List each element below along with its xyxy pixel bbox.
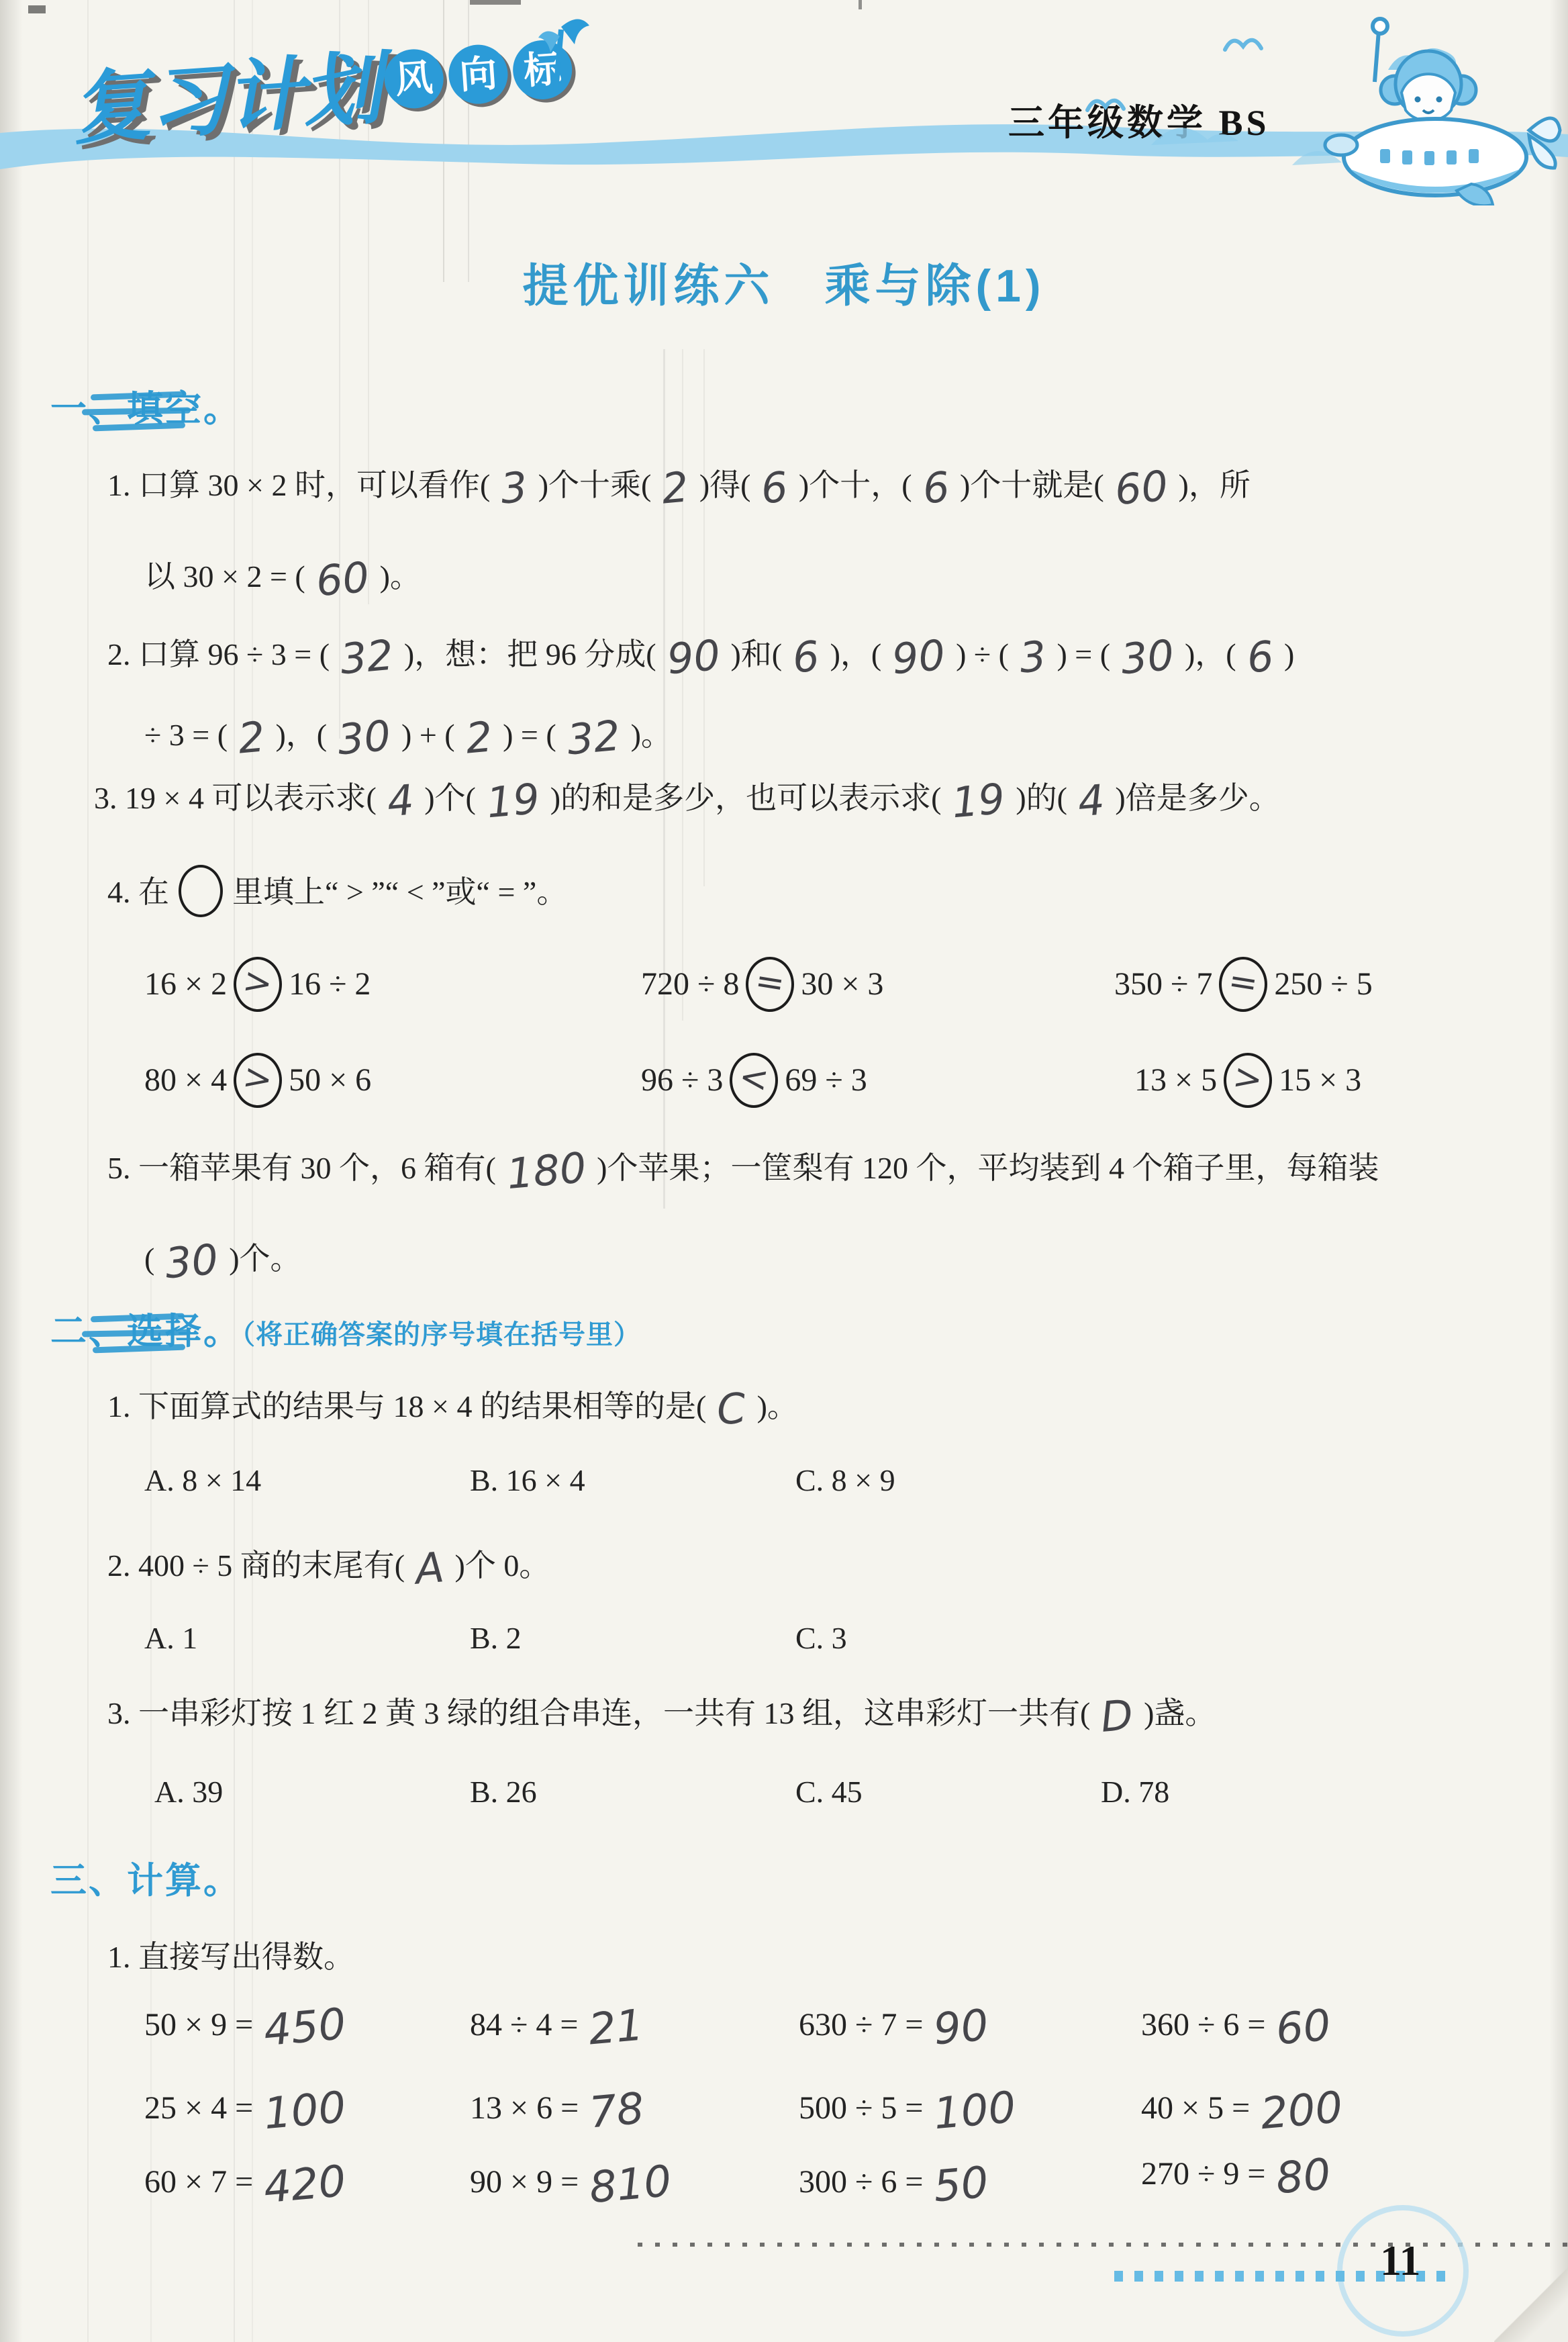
text-segment: 16 × 2	[144, 966, 227, 1002]
calc-item: 13 × 6 =78	[470, 2090, 655, 2126]
calc-item: 25 × 4 =100	[144, 2090, 356, 2126]
handwritten-answer: 6	[782, 655, 830, 659]
handwritten-answer: 2	[455, 736, 503, 740]
text-segment: 69 ÷ 3	[785, 1062, 867, 1098]
text-segment: )	[1284, 637, 1294, 671]
q5-line-1: 5. 一箱苹果有 30 个，6 箱有(180)个苹果；一筐梨有 120 个，平均…	[107, 1143, 1379, 1188]
handwritten-answer: 180	[496, 1166, 597, 1175]
text-segment: ) = (	[1057, 637, 1110, 671]
logo-text: 复习计划	[67, 24, 383, 160]
text-segment: )倍是多少。	[1115, 781, 1279, 815]
handwritten-answer: 420	[253, 2180, 356, 2189]
text-segment: 30 × 3	[801, 966, 883, 1002]
comparison-item: 80 × 4>50 × 6	[144, 1053, 371, 1108]
comparison-item: 350 ÷ 7=250 ÷ 5	[1114, 957, 1373, 1012]
mc2-option-b: B. 2	[470, 1620, 522, 1656]
logo-badge: 向	[446, 43, 509, 106]
handwritten-answer: 60	[1266, 2024, 1342, 2031]
scan-edge-shadow	[1549, 0, 1568, 2342]
text-segment: 2. 400 ÷ 5 商的末尾有(	[107, 1548, 405, 1583]
text-segment: 5. 一箱苹果有 30 个，6 箱有(	[107, 1151, 496, 1185]
mc1-option-c: C. 8 × 9	[795, 1462, 895, 1498]
text-segment: 16 ÷ 2	[289, 966, 371, 1002]
q5-line-2: (30)个。	[144, 1234, 301, 1278]
handwritten-symbol: >	[1230, 1059, 1265, 1098]
handwritten-answer: 100	[253, 2106, 356, 2115]
calc-item: 360 ÷ 6 =60	[1141, 2006, 1342, 2043]
girl-in-plane	[1325, 19, 1560, 205]
scan-mark	[470, 0, 521, 5]
logo-badge: 风	[383, 47, 446, 110]
text-segment: 96 ÷ 3	[641, 1062, 723, 1098]
expression: 500 ÷ 5 =	[799, 2090, 923, 2126]
text-segment: 4. 在	[107, 875, 169, 909]
calc-item: 84 ÷ 4 =21	[470, 2006, 654, 2043]
handwritten-answer: 6	[751, 486, 799, 490]
calc-item: 270 ÷ 9 =80	[1141, 2155, 1342, 2192]
text-segment: )个 0。	[455, 1548, 550, 1583]
section-3-heading: 三、计算。	[50, 1852, 242, 1904]
q2-line-2: ÷ 3 = (2)，(30) + (2) = (32)。	[144, 710, 672, 755]
text-segment: 3. 一串彩灯按 1 红 2 黄 3 绿的组合串连，一共有 13 组，这串彩灯一…	[107, 1696, 1090, 1730]
handwritten-answer: 32	[556, 735, 630, 741]
handwritten-answer: 90	[881, 654, 955, 661]
handwritten-answer: A	[405, 1566, 454, 1571]
handwritten-answer: 60	[305, 576, 379, 583]
plane-girl-illustration	[1067, 4, 1564, 205]
calc-subtitle: 1. 直接写出得数。	[107, 1932, 354, 1977]
handwritten-symbol: >	[240, 963, 275, 1002]
expression: 50 × 9 =	[144, 2007, 253, 2043]
handwritten-answer: 78	[579, 2108, 654, 2114]
bird-icon	[1087, 101, 1124, 110]
handwritten-answer: 32	[330, 654, 403, 661]
q2-line-1: 2. 口算 96 ÷ 3 = (32)，想：把 96 分成(90)和(6)，(9…	[107, 630, 1294, 674]
text-segment: )，(	[830, 637, 882, 671]
handwritten-answer: 4	[377, 799, 424, 803]
text-segment: 1. 口算 30 × 2 时，可以看作(	[107, 468, 490, 502]
scan-mark	[28, 5, 46, 13]
text-segment: (	[144, 1242, 154, 1276]
text-segment: 2. 口算 96 ÷ 3 = (	[107, 637, 330, 671]
handwritten-answer: 50	[924, 2182, 999, 2188]
mc3-option-d: D. 78	[1101, 1774, 1169, 1810]
text-segment: )，(	[1185, 637, 1236, 671]
text-segment: )。	[380, 559, 421, 594]
mc1-stem: 1. 下面算式的结果与 18 × 4 的结果相等的是(C)。	[107, 1382, 798, 1426]
handwritten-answer: 90	[924, 2024, 999, 2031]
text-segment: )盏。	[1144, 1696, 1216, 1730]
scan-mark	[859, 0, 862, 9]
handwritten-answer: 21	[579, 2024, 654, 2031]
handwritten-answer: 3	[1009, 655, 1057, 659]
handwritten-answer: 60	[1104, 485, 1178, 491]
handwritten-symbol: =	[753, 963, 787, 1002]
text-segment: )的和是多少，也可以表示求(	[550, 781, 942, 815]
text-segment: 250 ÷ 5	[1274, 966, 1372, 1002]
paper-crease	[87, 0, 89, 2342]
q1-line-1: 1. 口算 30 × 2 时，可以看作(3)个十乘(2)得(6)个十，(6)个十…	[107, 461, 1251, 505]
answer-circle: >	[234, 957, 282, 1012]
text-segment: 3. 19 × 4 可以表示求(	[94, 781, 377, 815]
handwritten-symbol: >	[240, 1059, 275, 1098]
handwritten-answer: 30	[1110, 654, 1184, 661]
text-segment: 以 30 × 2 = (	[144, 559, 305, 594]
handwritten-answer: 810	[579, 2180, 682, 2189]
handwritten-symbol: <	[737, 1059, 771, 1098]
section-2-heading-note: （将正确答案的序号填在括号里）	[242, 1320, 641, 1350]
handwritten-answer: 4	[1067, 799, 1115, 803]
answer-circle: >	[1224, 1053, 1272, 1108]
expression: 13 × 6 =	[470, 2090, 579, 2126]
text-segment: 720 ÷ 8	[641, 966, 739, 1002]
expression: 60 × 7 =	[144, 2164, 253, 2200]
calc-item: 90 × 9 =810	[470, 2163, 682, 2200]
page-number: 11	[1380, 2236, 1420, 2286]
handwritten-answer: 2	[228, 736, 275, 740]
text-segment: ) ÷ (	[956, 637, 1009, 671]
text-segment: )个。	[229, 1242, 301, 1276]
text-segment: )，想：把 96 分成(	[404, 637, 656, 671]
handwritten-answer: 90	[656, 654, 730, 661]
expression: 90 × 9 =	[470, 2164, 579, 2200]
handwritten-answer: 6	[1236, 655, 1284, 659]
text-segment: )个(	[424, 781, 476, 815]
handwritten-answer: D	[1090, 1714, 1143, 1719]
q1-line-2: 以 30 × 2 = (60)。	[144, 552, 421, 596]
text-segment: )，(	[275, 718, 327, 752]
answer-circle: =	[1219, 957, 1267, 1012]
handwritten-answer: 200	[1250, 2106, 1353, 2115]
calc-item: 630 ÷ 7 =90	[799, 2006, 999, 2043]
text-segment: )和(	[730, 637, 782, 671]
comparison-item: 16 × 2>16 ÷ 2	[144, 957, 371, 1012]
calc-item: 50 × 9 =450	[144, 2006, 356, 2043]
scan-edge-shadow	[0, 0, 23, 2342]
handwritten-symbol: =	[1226, 963, 1261, 1002]
text-segment: 1. 下面算式的结果与 18 × 4 的结果相等的是(	[107, 1389, 706, 1423]
page-title: 提优训练六 乘与除(1)	[0, 250, 1568, 315]
text-segment: )个苹果；一筐梨有 120 个，平均装到 4 个箱子里，每箱装	[597, 1151, 1379, 1185]
answer-circle: <	[730, 1053, 778, 1108]
hill-shape	[1151, 128, 1238, 145]
q3-line: 3. 19 × 4 可以表示求(4)个(19)的和是多少，也可以表示求(19)的…	[94, 774, 1280, 818]
mc2-stem: 2. 400 ÷ 5 商的末尾有(A)个 0。	[107, 1541, 550, 1585]
page-curl	[1494, 2248, 1568, 2342]
handwritten-answer: C	[706, 1407, 756, 1412]
text-segment: )个十就是(	[960, 468, 1104, 502]
comparison-item: 13 × 5>15 × 3	[1134, 1053, 1361, 1108]
mc3-option-a: A. 39	[154, 1774, 223, 1810]
expression: 25 × 4 =	[144, 2090, 253, 2126]
mc2-option-c: C. 3	[795, 1620, 847, 1656]
expression: 360 ÷ 6 =	[1141, 2007, 1265, 2043]
handwritten-answer: 2	[651, 486, 699, 490]
paper-crease	[682, 349, 683, 1021]
text-segment: 80 × 4	[144, 1062, 227, 1098]
handwritten-answer: 80	[1266, 2173, 1342, 2180]
answer-circle: =	[746, 957, 794, 1012]
calc-item: 500 ÷ 5 =100	[799, 2090, 1027, 2126]
handwritten-answer: 30	[155, 1258, 229, 1265]
text-segment: ) = (	[503, 718, 556, 752]
text-segment: )。	[631, 718, 672, 752]
text-segment: ) + (	[401, 718, 455, 752]
expression: 630 ÷ 7 =	[799, 2007, 923, 2043]
expression: 270 ÷ 9 =	[1141, 2156, 1265, 2192]
text-segment: 350 ÷ 7	[1114, 966, 1212, 1002]
comparison-item: 96 ÷ 3<69 ÷ 3	[641, 1053, 867, 1108]
mc1-option-a: A. 8 × 14	[144, 1462, 261, 1498]
calc-item: 40 × 5 =200	[1141, 2090, 1353, 2126]
expression: 40 × 5 =	[1141, 2090, 1250, 2126]
calc-item: 60 × 7 =420	[144, 2163, 356, 2200]
flag-icon	[530, 7, 591, 94]
handwritten-answer: 19	[942, 798, 1016, 804]
comparison-item: 720 ÷ 8=30 × 3	[641, 957, 883, 1012]
text-segment: 50 × 6	[289, 1062, 371, 1098]
handwritten-answer: 6	[912, 486, 960, 490]
section-3-heading-label: 三、计算。	[50, 1861, 242, 1901]
text-segment: )得(	[699, 468, 751, 502]
answer-circle: >	[234, 1053, 282, 1108]
mc3-option-b: B. 26	[470, 1774, 537, 1810]
text-segment: )个十乘(	[538, 468, 652, 502]
handwritten-answer: 30	[327, 735, 401, 741]
text-segment: 里填上“ > ”“ < ”或“ = ”。	[232, 875, 567, 909]
text-segment: )个十，(	[799, 468, 912, 502]
text-segment: 15 × 3	[1279, 1062, 1361, 1098]
text-segment: )，所	[1179, 468, 1251, 502]
text-segment: )的(	[1016, 781, 1067, 815]
mc3-stem: 3. 一串彩灯按 1 红 2 黄 3 绿的组合串连，一共有 13 组，这串彩灯一…	[107, 1689, 1216, 1733]
text-segment: )。	[757, 1389, 798, 1423]
text-segment: ÷ 3 = (	[144, 718, 228, 752]
handwritten-answer: 450	[253, 2023, 356, 2032]
calc-item: 300 ÷ 6 =50	[799, 2163, 999, 2200]
mc2-option-a: A. 1	[144, 1620, 197, 1656]
blank-circle	[179, 865, 223, 917]
mc1-option-b: B. 16 × 4	[470, 1462, 585, 1498]
handwritten-answer: 19	[476, 798, 550, 804]
expression: 300 ÷ 6 =	[799, 2164, 923, 2200]
mc3-option-c: C. 45	[795, 1774, 863, 1810]
q4-intro: 4. 在里填上“ > ”“ < ”或“ = ”。	[107, 865, 567, 917]
handwritten-answer: 3	[490, 486, 538, 490]
expression: 84 ÷ 4 =	[470, 2007, 578, 2043]
text-segment: 13 × 5	[1134, 1062, 1217, 1098]
worksheet-page: 复习计划 风 向 标 三年级数学 BS	[0, 0, 1568, 2342]
bird-icon	[1225, 40, 1261, 50]
handwritten-answer: 100	[924, 2106, 1027, 2115]
